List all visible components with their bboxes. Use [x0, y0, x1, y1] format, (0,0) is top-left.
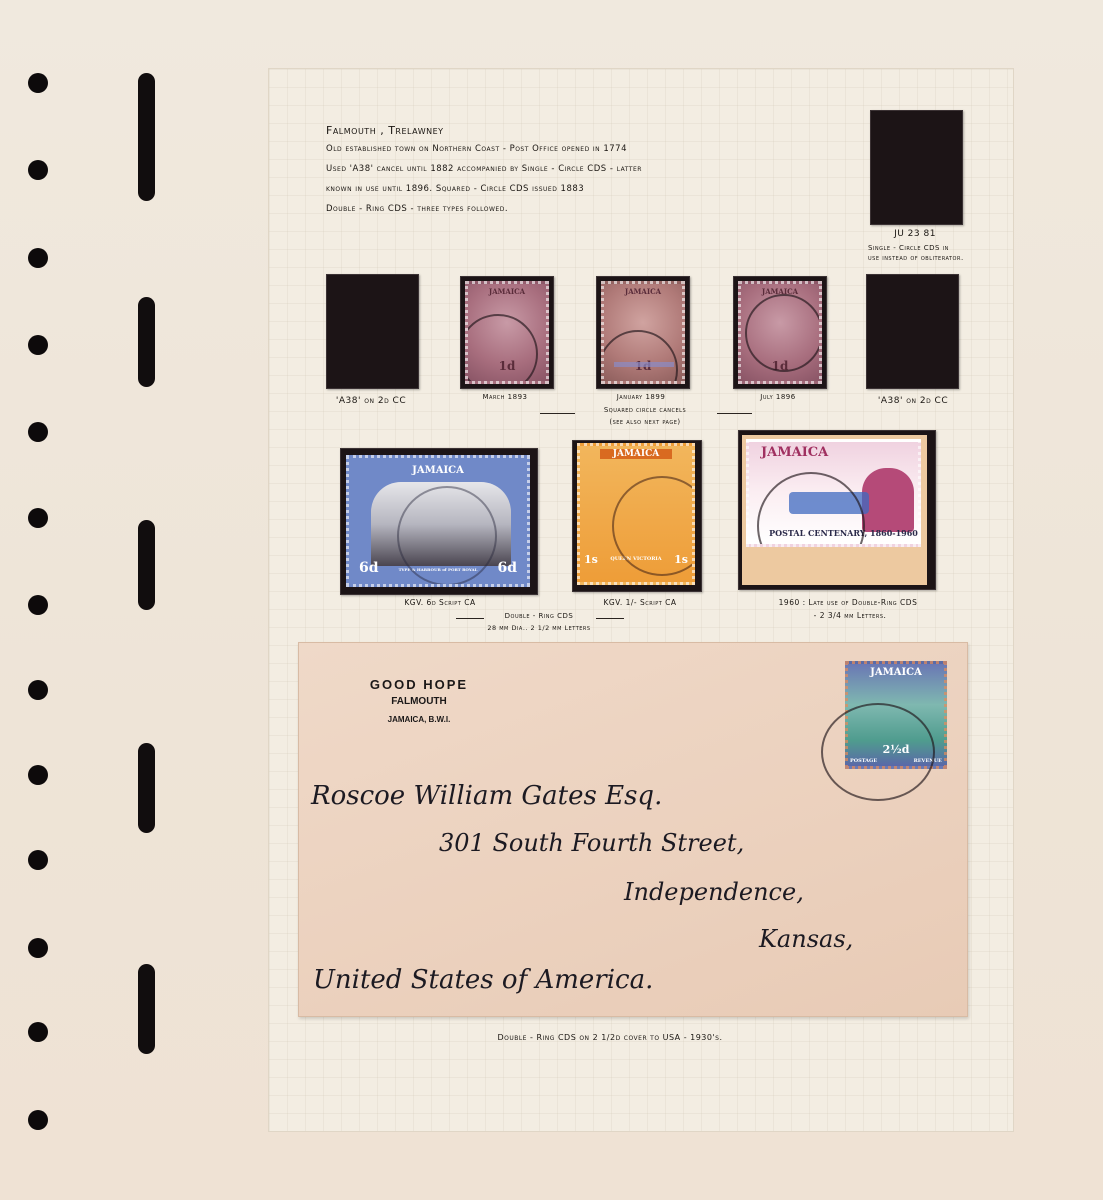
- address-line-2: 301 South Fourth Street,: [439, 829, 744, 857]
- squared-circle-postmark: [745, 294, 822, 372]
- caption-kgv-1s: KGV. 1/- Script CA: [570, 598, 710, 607]
- group-rule-left: [540, 413, 575, 414]
- double-ring-group-label: Double - Ring CDS: [484, 612, 594, 620]
- binder-slot: [138, 297, 155, 387]
- top-right-note-1: Single - Circle CDS in: [850, 244, 980, 252]
- mount-stamp-march-1893: JAMAICA 1d: [460, 276, 554, 389]
- page-title: Falmouth , Trelawney: [326, 122, 444, 140]
- binder-slot: [138, 743, 155, 833]
- stamp-qeii-2d-1960: JAMAICA POSTAL CENTENARY, 1860-1960: [746, 439, 921, 547]
- squared-circle-group-sub: (see also next page): [565, 418, 725, 426]
- stamp-title: JAMAICA: [349, 465, 527, 476]
- squared-circle-postmark: [601, 330, 678, 384]
- top-right-note-2: use instead of obliterator.: [850, 254, 1000, 262]
- binder-hole: [28, 335, 48, 355]
- stamp-kgv-1s: JAMAICA 1s 1s QUEEN VICTORIA: [577, 443, 695, 585]
- cover-double-ring-postmark: [821, 703, 935, 801]
- group-rule-right: [717, 413, 752, 414]
- blue-crayon-mark: [614, 362, 674, 367]
- address-line-3: Independence,: [624, 878, 804, 906]
- corner-card-line-2: FALMOUTH: [339, 696, 499, 707]
- binder-slot: [138, 520, 155, 610]
- caption-march-1893: March 1893: [450, 393, 560, 401]
- mount-stamp-1960-centenary: JAMAICA POSTAL CENTENARY, 1860-1960: [738, 430, 936, 590]
- double-ring-postmark: [397, 486, 497, 586]
- postmark: [465, 314, 538, 384]
- cover-caption: Double - Ring CDS on 2 1/2d cover to USA…: [400, 1033, 820, 1042]
- group-rule-right: [596, 618, 624, 619]
- stamp-title: JAMAICA: [600, 449, 672, 459]
- header-line-4: Double - Ring CDS - three types followed…: [326, 200, 508, 218]
- empty-mount-top-right: [870, 110, 963, 225]
- stamp-victoria-1d-1899: JAMAICA 1d: [601, 281, 685, 384]
- binder-slot: [138, 964, 155, 1054]
- double-ring-postmark: [757, 472, 865, 547]
- header-line-3: known in use until 1896. Squared - Circl…: [326, 180, 584, 198]
- mount-stamp-kgv-1s: JAMAICA 1s 1s QUEEN VICTORIA: [572, 440, 702, 592]
- caption-a38-right: 'A38' on 2d CC: [858, 396, 968, 406]
- double-ring-group-sub: 28 mm Dia.. 2 1/2 mm Letters: [464, 624, 614, 632]
- address-line-1: Roscoe William Gates Esq.: [311, 781, 662, 811]
- mount-stamp-kgv-6d: JAMAICA 6d 6d TYPE & HARBOUR of PORT ROY…: [340, 448, 538, 595]
- queen-portrait: [862, 468, 914, 532]
- header-line-1: Old established town on Northern Coast -…: [326, 140, 627, 158]
- binder-hole: [28, 248, 48, 268]
- binder-hole: [28, 938, 48, 958]
- corner-card-line-1: GOOD HOPE: [339, 677, 499, 692]
- stamp-victoria-1d-1893: JAMAICA 1d: [465, 281, 549, 384]
- binder-hole: [28, 160, 48, 180]
- squared-circle-group-label: Squared circle cancels: [575, 406, 715, 414]
- binder-hole: [28, 595, 48, 615]
- mount-stamp-january-1899: JAMAICA 1d: [596, 276, 690, 389]
- empty-mount-a38-right: [866, 274, 959, 389]
- caption-january-1899: January 1899: [586, 393, 696, 401]
- group-rule-left: [456, 618, 484, 619]
- caption-1960-line2: - 2 3/4 mm Letters.: [760, 611, 940, 620]
- stamp-piece: JAMAICA POSTAL CENTENARY, 1860-1960: [742, 435, 927, 585]
- binder-hole: [28, 765, 48, 785]
- binder-hole: [28, 508, 48, 528]
- header-line-2: Used 'A38' cancel until 1882 accompanied…: [326, 160, 642, 178]
- corner-card-line-3: JAMAICA, B.W.I.: [339, 715, 499, 724]
- binder-hole: [28, 1022, 48, 1042]
- binder-hole: [28, 422, 48, 442]
- stamp-title: JAMAICA: [604, 287, 682, 296]
- caption-kgv-6d: KGV. 6d Script CA: [360, 598, 520, 607]
- binder-hole: [28, 1110, 48, 1130]
- mount-stamp-july-1896: JAMAICA 1d: [733, 276, 827, 389]
- stamp-title: JAMAICA: [848, 667, 944, 678]
- binder-hole: [28, 850, 48, 870]
- caption-a38-left: 'A38' on 2d CC: [316, 396, 426, 406]
- postal-cover: GOOD HOPE FALMOUTH JAMAICA, B.W.I. JAMAI…: [298, 642, 968, 1017]
- stamp-kgv-6d: JAMAICA 6d 6d TYPE & HARBOUR of PORT ROY…: [346, 455, 530, 587]
- binder-hole: [28, 73, 48, 93]
- caption-1960-line1: 1960 : Late use of Double-Ring CDS: [738, 598, 958, 607]
- top-right-date: JU 23 81: [860, 229, 970, 239]
- stamp-title: JAMAICA: [468, 287, 546, 296]
- empty-mount-a38-left: [326, 274, 419, 389]
- binder-hole: [28, 680, 48, 700]
- album-page: Falmouth , Trelawney Old established tow…: [0, 0, 1103, 1200]
- address-line-5: United States of America.: [313, 965, 653, 995]
- stamp-victoria-1d-1896: JAMAICA 1d: [738, 281, 822, 384]
- stamp-title: JAMAICA: [761, 445, 828, 460]
- binder-slot: [138, 73, 155, 201]
- address-line-4: Kansas,: [759, 925, 853, 953]
- caption-july-1896: July 1896: [723, 393, 833, 401]
